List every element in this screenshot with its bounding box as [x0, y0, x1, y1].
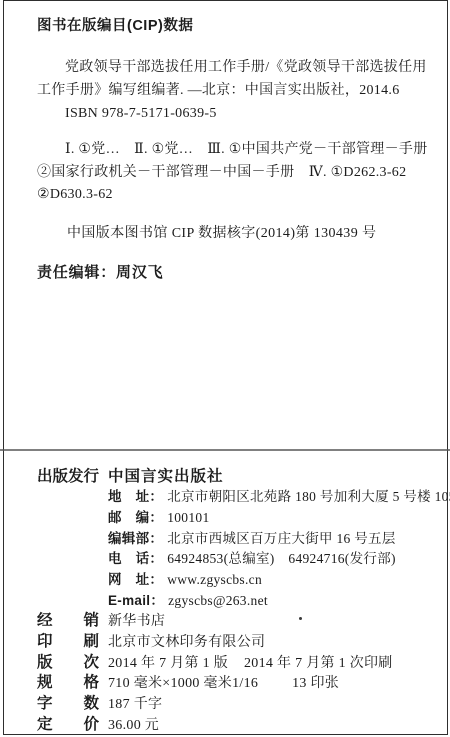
book-title-line-2: 工作手册》编写组编著. —北京：中国言实出版社，2014.6 — [37, 79, 437, 102]
postcode-row: 邮 编： 100101 — [37, 506, 442, 527]
phone-row: 电 话： 64924853(总编室) 64924716(发行部) — [37, 547, 442, 568]
publisher-label: 出版发行 — [37, 469, 108, 485]
email-value: zgyscbs@263.net — [168, 593, 268, 609]
printer-value: 北京市文林印务有限公司 — [108, 631, 265, 651]
price-label: 定 价 — [37, 717, 108, 733]
website-value: www.zgyscbs.cn — [167, 572, 262, 588]
classification-line-1: Ⅰ. ①党… Ⅱ. ①党… Ⅲ. ①中国共产党－干部管理－手册 — [37, 139, 442, 162]
phone-label: 电 话： — [108, 547, 163, 567]
email-label: E-mail： — [108, 589, 164, 609]
scan-artifact-dot — [299, 617, 302, 620]
wordcount-row: 字 数 187 千字 — [37, 693, 442, 714]
edition-row: 版 次 2014 年 7 月第 1 版 2014 年 7 月第 1 次印刷 — [37, 652, 442, 673]
price-row: 定 价 36.00 元 — [37, 714, 442, 735]
editorial-dept-row: 编辑部： 北京市西城区百万庄大街甲 16 号五层 — [37, 527, 442, 548]
editor-row: 责任编辑：周汉飞 — [37, 261, 163, 282]
cip-header: 图书在版编目(CIP)数据 — [37, 14, 193, 35]
address-label: 地 址： — [108, 485, 163, 505]
editor-label: 责任编辑： — [37, 264, 116, 281]
printer-label: 印 刷 — [37, 634, 108, 650]
section-divider — [0, 449, 450, 451]
postcode-label: 邮 编： — [108, 506, 163, 526]
editorial-dept-value: 北京市西城区百万庄大街甲 16 号五层 — [167, 527, 395, 547]
format-size-value: 710 毫米×1000 毫米 — [108, 672, 232, 692]
wordcount-value: 187 千字 — [108, 693, 162, 713]
title-block: 党政领导干部选拔任用工作手册/《党政领导干部选拔任用 工作手册》编写组编著. —… — [37, 56, 437, 125]
phone-value: 64924853(总编室) 64924716(发行部) — [167, 547, 396, 567]
format-folio-value: 1/16 — [232, 676, 292, 692]
distributor-row: 经 销 新华书店 — [37, 610, 442, 631]
address-value: 北京市朝阳区北苑路 180 号加利大厦 5 号楼 105 室 — [167, 485, 450, 505]
edition-label: 版 次 — [37, 655, 108, 671]
wordcount-label: 字 数 — [37, 696, 108, 712]
website-label: 网 址： — [108, 568, 163, 588]
distributor-label: 经 销 — [37, 613, 108, 629]
price-value: 36.00 元 — [108, 714, 159, 734]
printing-value: 2014 年 7 月第 1 次印刷 — [244, 652, 393, 672]
cip-record-number: 中国版本图书馆 CIP 数据核字(2014)第 130439 号 — [67, 222, 376, 242]
email-row: E-mail： zgyscbs@263.net — [37, 589, 442, 610]
classification-line-3: ②D630.3-62 — [37, 184, 442, 207]
book-title-line-1: 党政领导干部选拔任用工作手册/《党政领导干部选拔任用 — [37, 56, 437, 79]
colophon: 出版发行 中国言实出版社 地 址： 北京市朝阳区北苑路 180 号加利大厦 5 … — [37, 464, 442, 735]
publisher-value: 中国言实出版社 — [108, 464, 224, 486]
printer-row: 印 刷 北京市文林印务有限公司 — [37, 631, 442, 652]
format-sheets-value: 13 印张 — [292, 672, 339, 692]
editorial-dept-label: 编辑部： — [108, 527, 163, 547]
format-label: 规 格 — [37, 675, 108, 691]
editor-name: 周汉飞 — [116, 264, 163, 281]
address-row: 地 址： 北京市朝阳区北苑路 180 号加利大厦 5 号楼 105 室 — [37, 485, 442, 506]
classification-block: Ⅰ. ①党… Ⅱ. ①党… Ⅲ. ①中国共产党－干部管理－手册 ②国家行政机关－… — [37, 139, 442, 207]
postcode-value: 100101 — [167, 510, 209, 526]
format-row: 规 格 710 毫米×1000 毫米 1/16 13 印张 — [37, 672, 442, 693]
copyright-page: { "cip": { "header": "图书在版编目(CIP)数据", "t… — [0, 0, 450, 737]
classification-line-2: ②国家行政机关－干部管理－中国－手册 Ⅳ. ①D262.3-62 — [37, 162, 442, 185]
publisher-row: 出版发行 中国言实出版社 — [37, 464, 442, 485]
isbn-line: ISBN 978-7-5171-0639-5 — [37, 102, 437, 125]
edition-value: 2014 年 7 月第 1 版 — [108, 652, 244, 672]
distributor-value: 新华书店 — [108, 610, 165, 630]
website-row: 网 址： www.zgyscbs.cn — [37, 568, 442, 589]
